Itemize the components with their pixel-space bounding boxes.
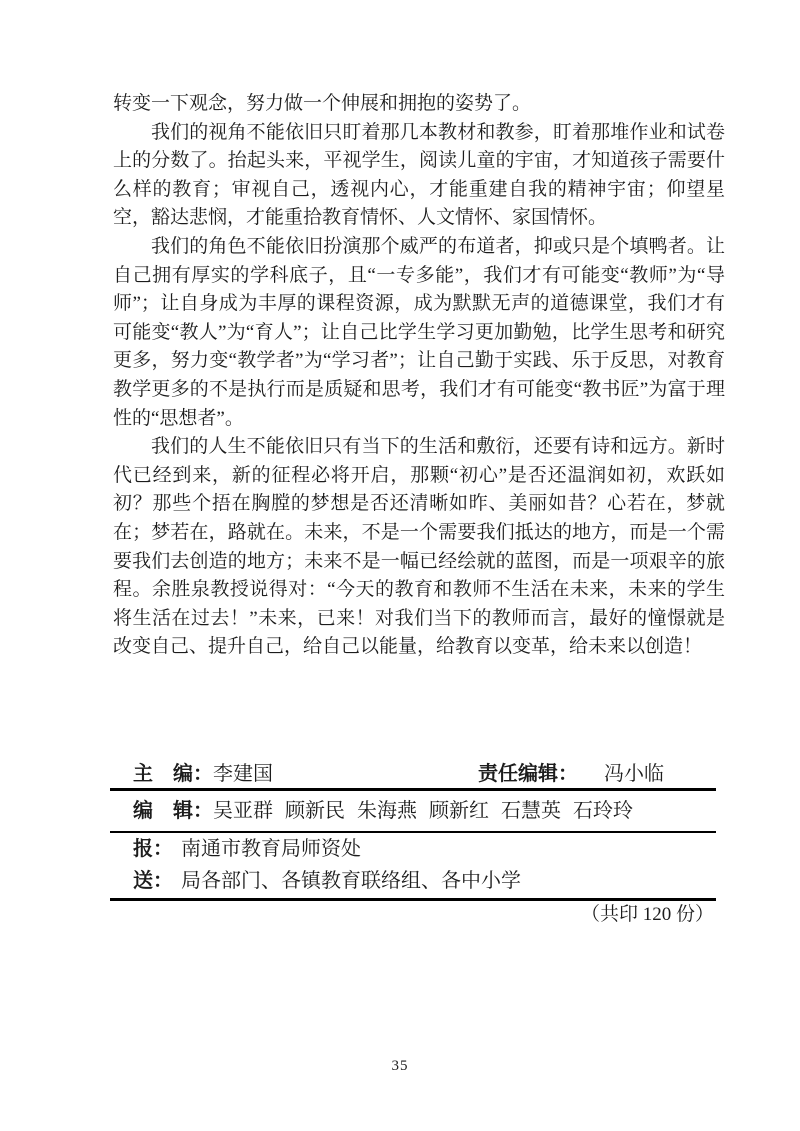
report-recipient: 南通市教育局师资处 [181, 838, 361, 860]
print-count: （共印 120 份） [110, 901, 716, 929]
chief-editor-label: 主 编： [133, 763, 213, 785]
editor-name: 顾新民 [285, 800, 345, 822]
editor-name: 朱海燕 [357, 800, 417, 822]
send-label: 送： [133, 870, 173, 892]
editor-name: 吴亚群 [213, 800, 273, 822]
responsible-editor-group: 责任编辑：冯小临 [478, 760, 664, 788]
report-row: 报：南通市教育局师资处 [110, 833, 716, 865]
chief-editor-name: 李建国 [213, 763, 273, 785]
responsible-editor-label: 责任编辑： [478, 763, 578, 785]
editors-label: 编 辑： [133, 800, 213, 822]
editors-row: 编 辑：吴亚群顾新民朱海燕顾新红石慧英石玲玲 [110, 791, 716, 831]
colophon: 主 编：李建国 责任编辑：冯小临 编 辑：吴亚群顾新民朱海燕顾新红石慧英石玲玲 … [110, 760, 716, 929]
document-page: 转变一下观念，努力做一个伸展和拥抱的姿势了。 我们的视角不能依旧只盯着那几本教材… [0, 0, 800, 1131]
report-label: 报： [133, 838, 173, 860]
send-recipients: 局各部门、各镇教育联络组、各中小学 [181, 870, 521, 892]
page-number: 35 [0, 1058, 800, 1075]
paragraph: 我们的视角不能依旧只盯着那几本教材和教参，盯着那堆作业和试卷上的分数了。抬起头来… [113, 119, 725, 233]
paragraph-continuation: 转变一下观念，努力做一个伸展和拥抱的姿势了。 [113, 90, 725, 119]
paragraph: 我们的角色不能依旧扮演那个威严的布道者，抑或只是个填鸭者。让自己拥有厚实的学科底… [113, 233, 725, 433]
editor-name: 顾新红 [429, 800, 489, 822]
send-row: 送：局各部门、各镇教育联络组、各中小学 [110, 865, 716, 898]
article-body: 转变一下观念，努力做一个伸展和拥抱的姿势了。 我们的视角不能依旧只盯着那几本教材… [113, 90, 725, 662]
editor-name: 石慧英 [501, 800, 561, 822]
editor-name: 石玲玲 [573, 800, 633, 822]
chief-editor-row: 主 编：李建国 责任编辑：冯小临 [110, 760, 716, 788]
responsible-editor-name: 冯小临 [604, 763, 664, 785]
paragraph: 我们的人生不能依旧只有当下的生活和敷衍，还要有诗和远方。新时代已经到来，新的征程… [113, 433, 725, 662]
